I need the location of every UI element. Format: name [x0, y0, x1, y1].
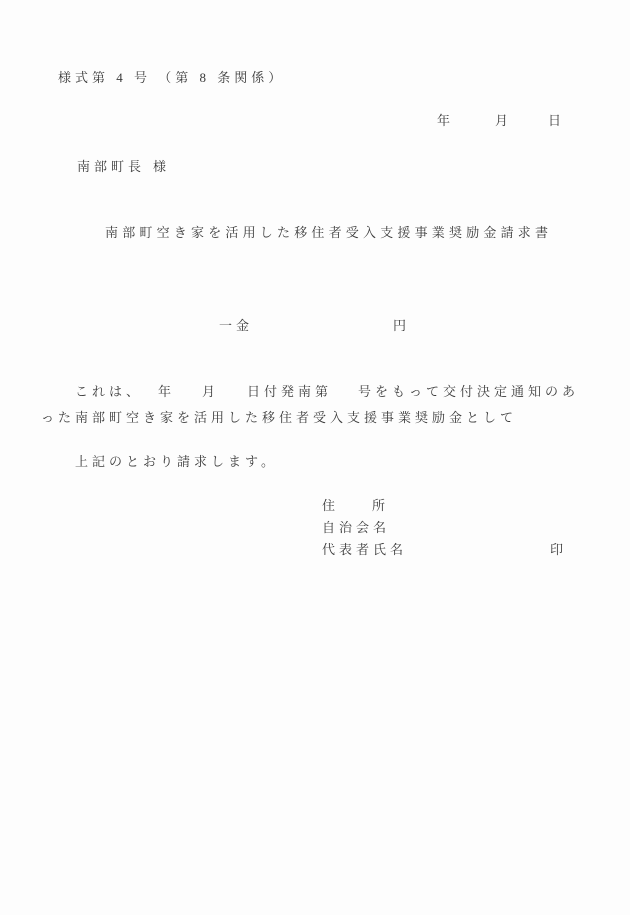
amount-prefix: 一金: [219, 319, 253, 333]
representative-label: 代表者氏名: [322, 543, 407, 557]
seal-label: 印: [550, 543, 567, 557]
body-month-label: 月: [202, 385, 219, 399]
document-page: 様式第 4 号 （第 8 条関係） 年 月 日 南部町長 様 南部町空き家を活用…: [0, 0, 630, 915]
date-year-label: 年: [437, 114, 454, 128]
body-middle: 日付発南第: [247, 385, 332, 399]
form-number: 様式第 4 号 （第 8 条関係）: [58, 71, 285, 85]
document-title: 南部町空き家を活用した移住者受入支援事業奨励金請求書: [105, 226, 552, 240]
date-month-label: 月: [495, 114, 512, 128]
address-label-right: 所: [372, 499, 389, 513]
addressee-name: 南部町長: [77, 160, 145, 174]
date-day-label: 日: [548, 114, 565, 128]
closing-line: 上記のとおり請求します。: [75, 455, 278, 469]
body-tail: 号をもって交付決定通知のあ: [358, 385, 579, 399]
addressee-honorific: 様: [153, 160, 170, 174]
body-year-label: 年: [158, 385, 175, 399]
body-lead: これは、: [75, 385, 143, 399]
amount-unit: 円: [393, 319, 410, 333]
association-label: 自治会名: [322, 521, 390, 535]
body-line-2: った南部町空き家を活用した移住者受入支援事業奨励金として: [41, 411, 517, 425]
address-label-left: 住: [322, 499, 339, 513]
